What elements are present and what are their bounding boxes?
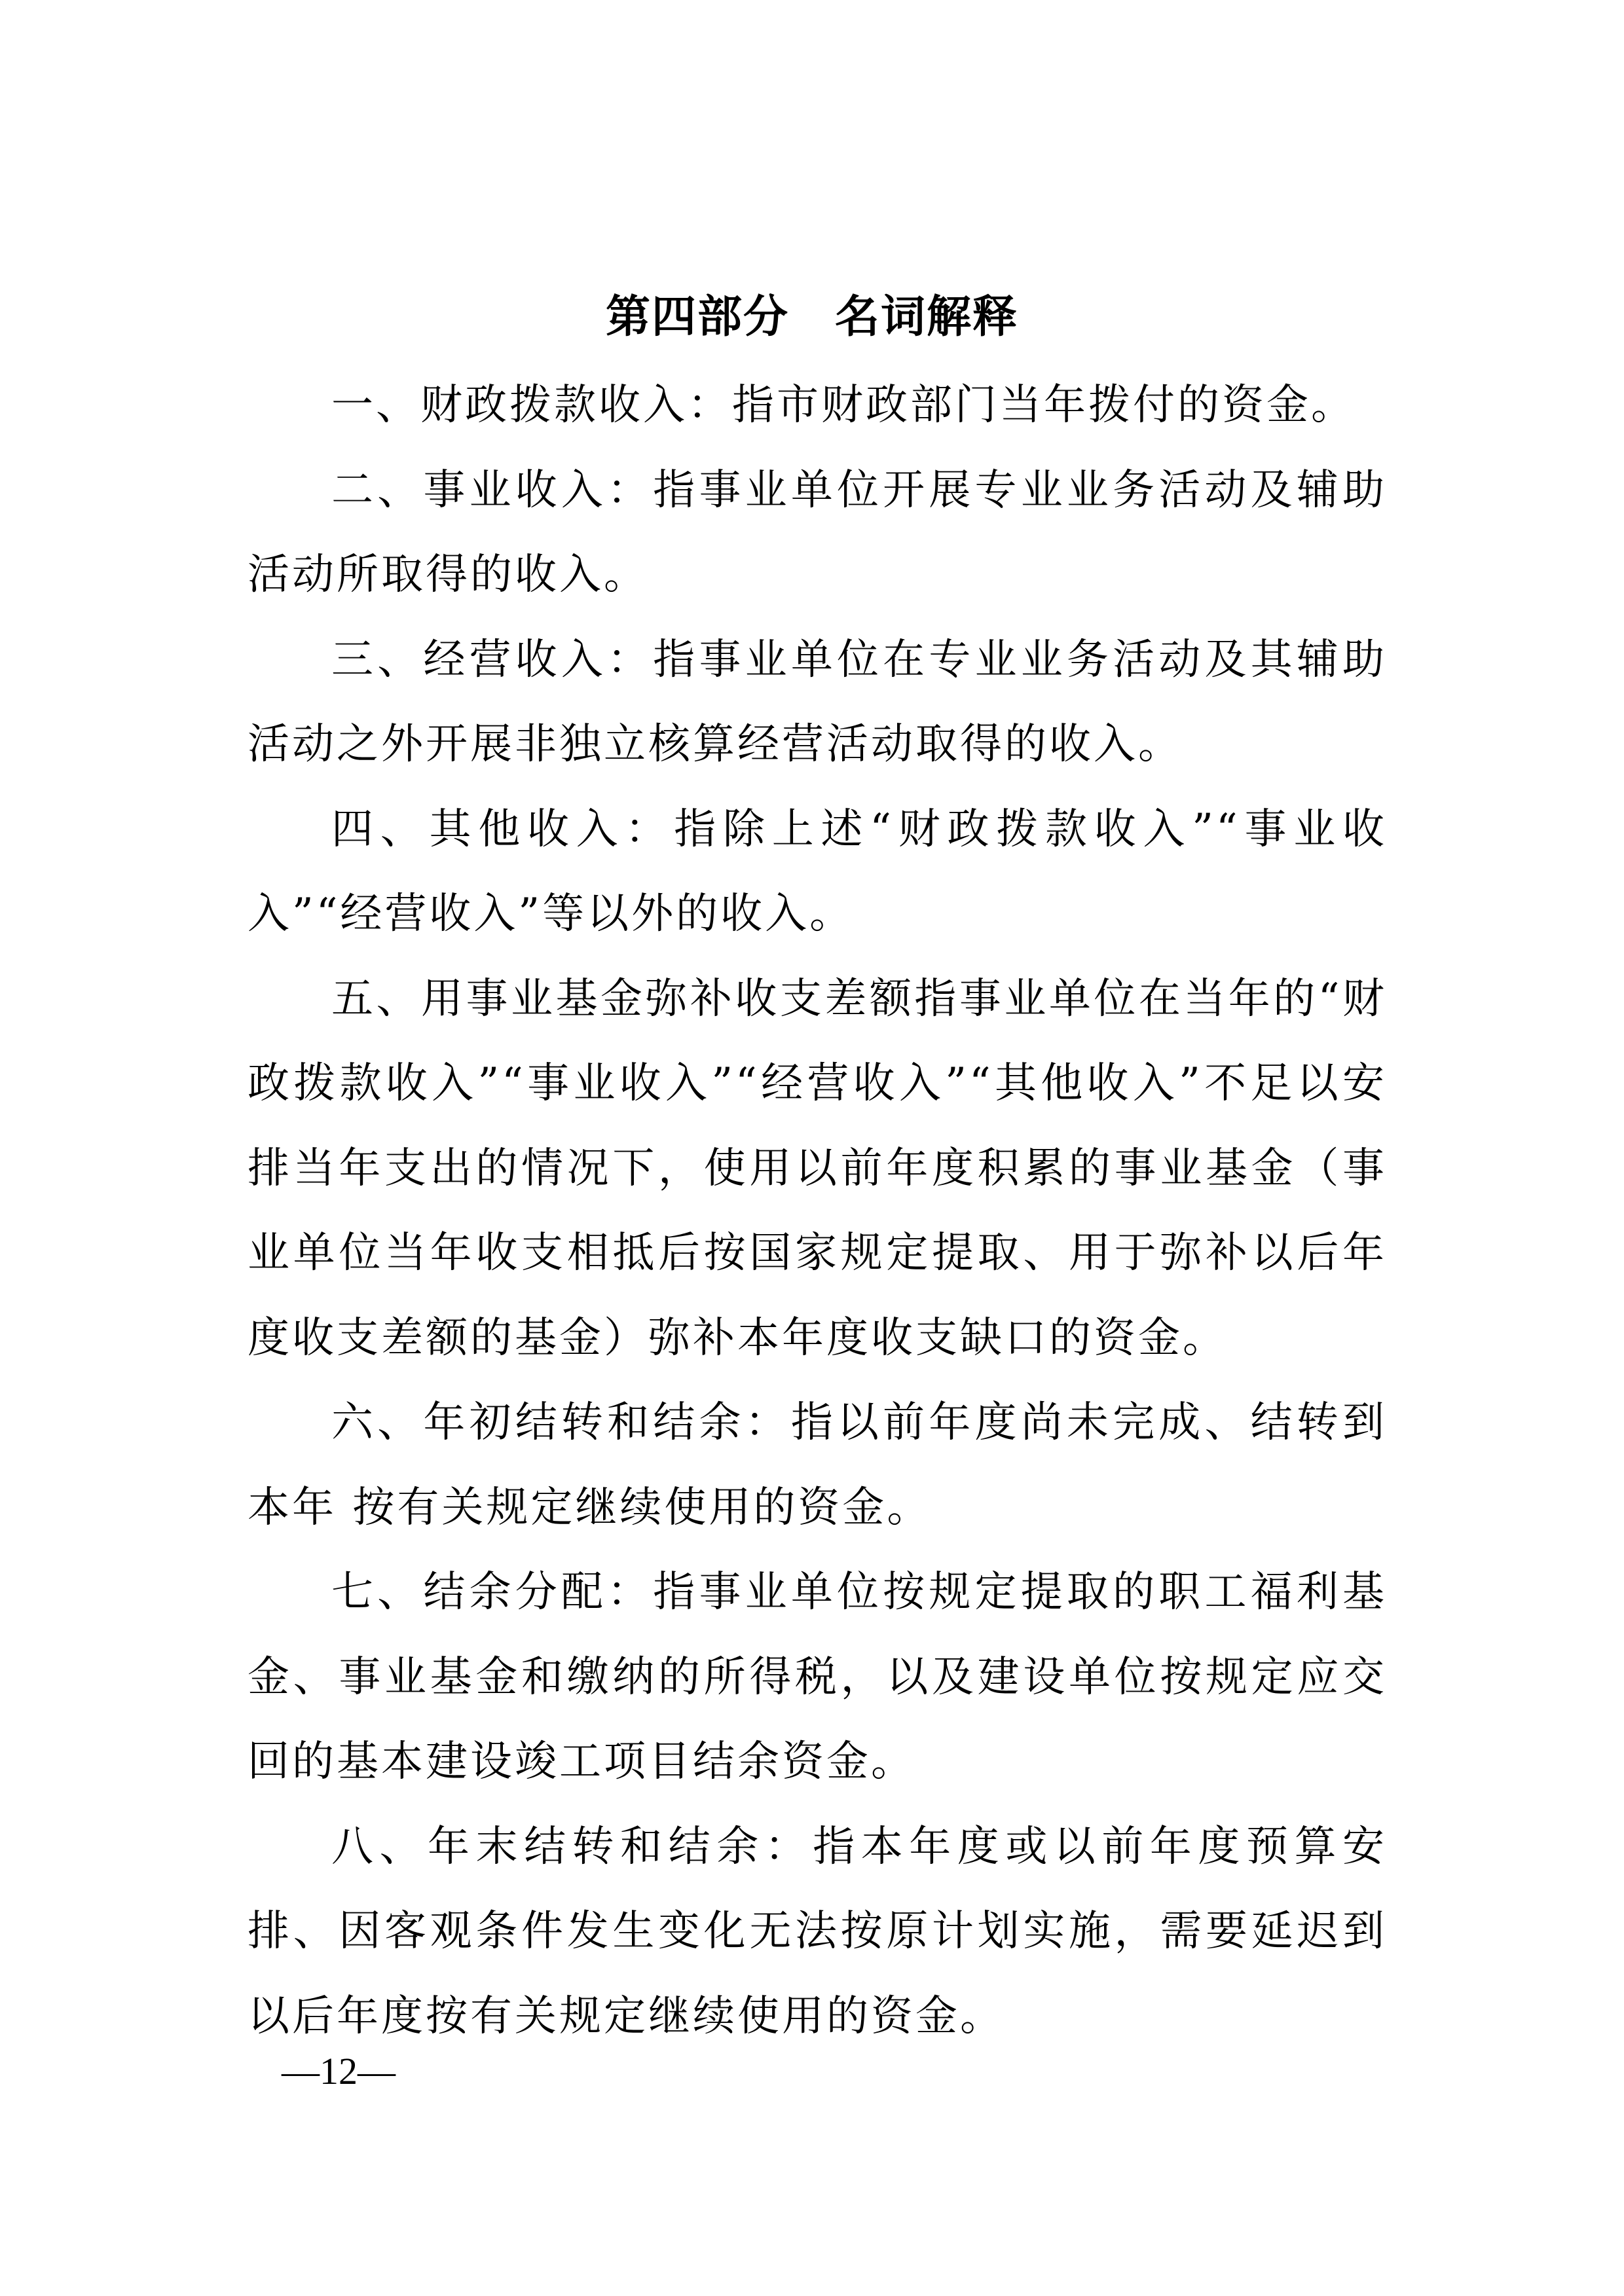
definition-paragraph-8: 八、年末结转和结余：指本年度或以前年度预算安排、因客观条件发生变化无法按原计划实… [248,1805,1387,2060]
definition-paragraph-4: 四、其他收入：指除上述“财政拨款收入”“事业收入”“经营收入”等以外的收入。 [248,788,1387,957]
section-title: 第四部分 名词解释 [0,288,1624,347]
definitions-body: 一、财政拨款收入：指市财政部门当年拨付的资金。 二、事业收入：指事业单位开展专业… [248,363,1387,2059]
definition-paragraph-3: 三、经营收入：指事业单位在专业业务活动及其辅助活动之外开展非独立核算经营活动取得… [248,618,1387,788]
document-page: 第四部分 名词解释 一、财政拨款收入：指市财政部门当年拨付的资金。 二、事业收入… [0,0,1624,2296]
definition-paragraph-1: 一、财政拨款收入：指市财政部门当年拨付的资金。 [248,363,1387,448]
definition-paragraph-5: 五、用事业基金弥补收支差额指事业单位在当年的“财政拨款收入”“事业收入”“经营收… [248,957,1387,1381]
definition-paragraph-6: 六、年初结转和结余：指以前年度尚未完成、结转到本年 按有关规定继续使用的资金。 [248,1381,1387,1550]
definition-paragraph-7: 七、结余分配：指事业单位按规定提取的职工福利基金、事业基金和缴纳的所得税，以及建… [248,1550,1387,1805]
page-number: —12— [282,2049,396,2093]
definition-paragraph-2: 二、事业收入：指事业单位开展专业业务活动及辅助活动所取得的收入。 [248,448,1387,618]
